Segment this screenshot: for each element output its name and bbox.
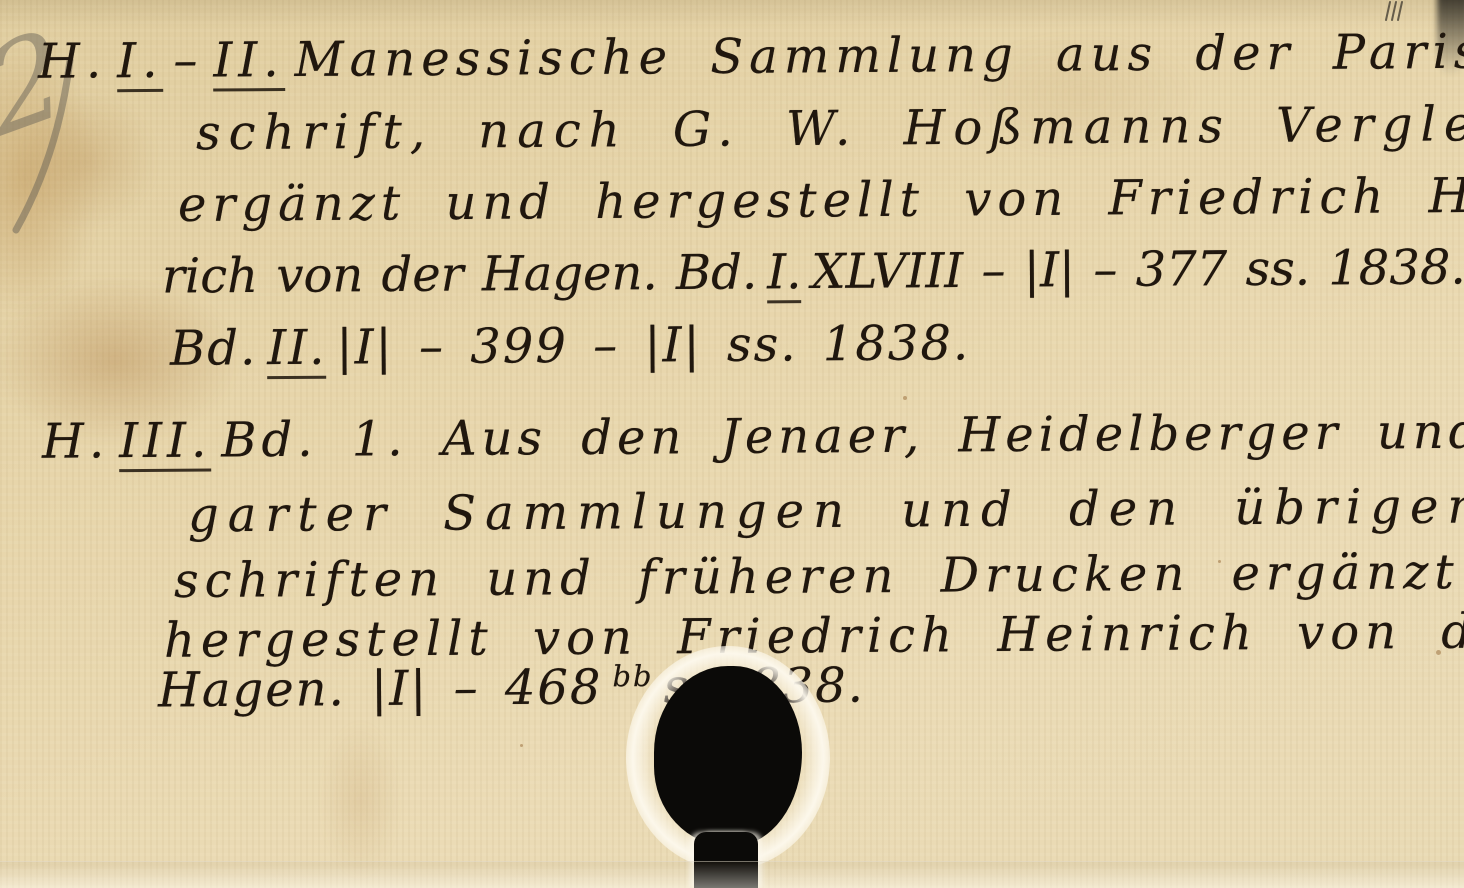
roman-numeral: I. xyxy=(117,35,164,92)
hatch-mark-icon xyxy=(1384,0,1412,24)
line-text: rich von der Hagen. Bd. xyxy=(162,246,758,303)
paper-stain xyxy=(320,720,400,880)
handwriting-line: H.III.Bd. 1. Aus den Jenaer, Heidelberge… xyxy=(42,404,1464,472)
paper-speck xyxy=(520,744,523,747)
handwriting-line: ergänzt und hergestellt von Friedrich He… xyxy=(178,169,1464,232)
handwriting-line: rich von der Hagen. Bd.I.XLVIII – |I| – … xyxy=(162,241,1464,307)
roman-numeral: II. xyxy=(213,34,285,91)
line-text: schrift, nach G. W. Hoßmanns Vergleichun… xyxy=(196,97,1464,160)
punch-hole xyxy=(654,666,802,846)
dash: – xyxy=(173,35,203,88)
handwriting-line: schrift, nach G. W. Hoßmanns Vergleichun… xyxy=(196,97,1464,160)
roman-numeral: III. xyxy=(119,415,212,472)
catalog-card: 2 H.I.–II.Manessische Sammlung aus der P… xyxy=(0,0,1464,888)
line-text: Hagen. |I| – 468 xyxy=(158,661,603,717)
roman-numeral: II. xyxy=(267,322,327,379)
line-text: Manessische Sammlung aus der Pariser Ur- xyxy=(294,24,1464,86)
bottom-edge-band xyxy=(0,861,1464,888)
line-text: ergänzt und hergestellt von Friedrich He… xyxy=(178,169,1464,232)
line-text: Bd. 1. Aus den Jenaer, Heidelberger und … xyxy=(221,404,1464,467)
line-text: Bd. xyxy=(170,322,258,375)
top-edge-shade xyxy=(0,0,1464,28)
line-text: schriften und früheren Drucken ergänzt u… xyxy=(174,545,1464,608)
line-text: XLVIII – |I| – 377 ss. 1838. xyxy=(811,241,1464,298)
handwriting-line: garter Sammlungen und den übrigen Hand- xyxy=(188,479,1464,543)
roman-numeral: I. xyxy=(767,246,802,303)
handwriting-line: H.I.–II.Manessische Sammlung aus der Par… xyxy=(38,24,1464,92)
line-text: |I| – 399 – |I| ss. 1838. xyxy=(336,317,970,374)
entry-heading: H. xyxy=(38,35,107,88)
handwriting-line: Bd.II.|I| – 399 – |I| ss. 1838. xyxy=(170,317,971,379)
entry-heading: H. xyxy=(42,415,109,468)
line-text: garter Sammlungen und den übrigen Hand- xyxy=(188,479,1464,543)
paper-speck xyxy=(903,396,907,400)
handwriting-line: schriften und früheren Drucken ergänzt u… xyxy=(174,545,1464,608)
